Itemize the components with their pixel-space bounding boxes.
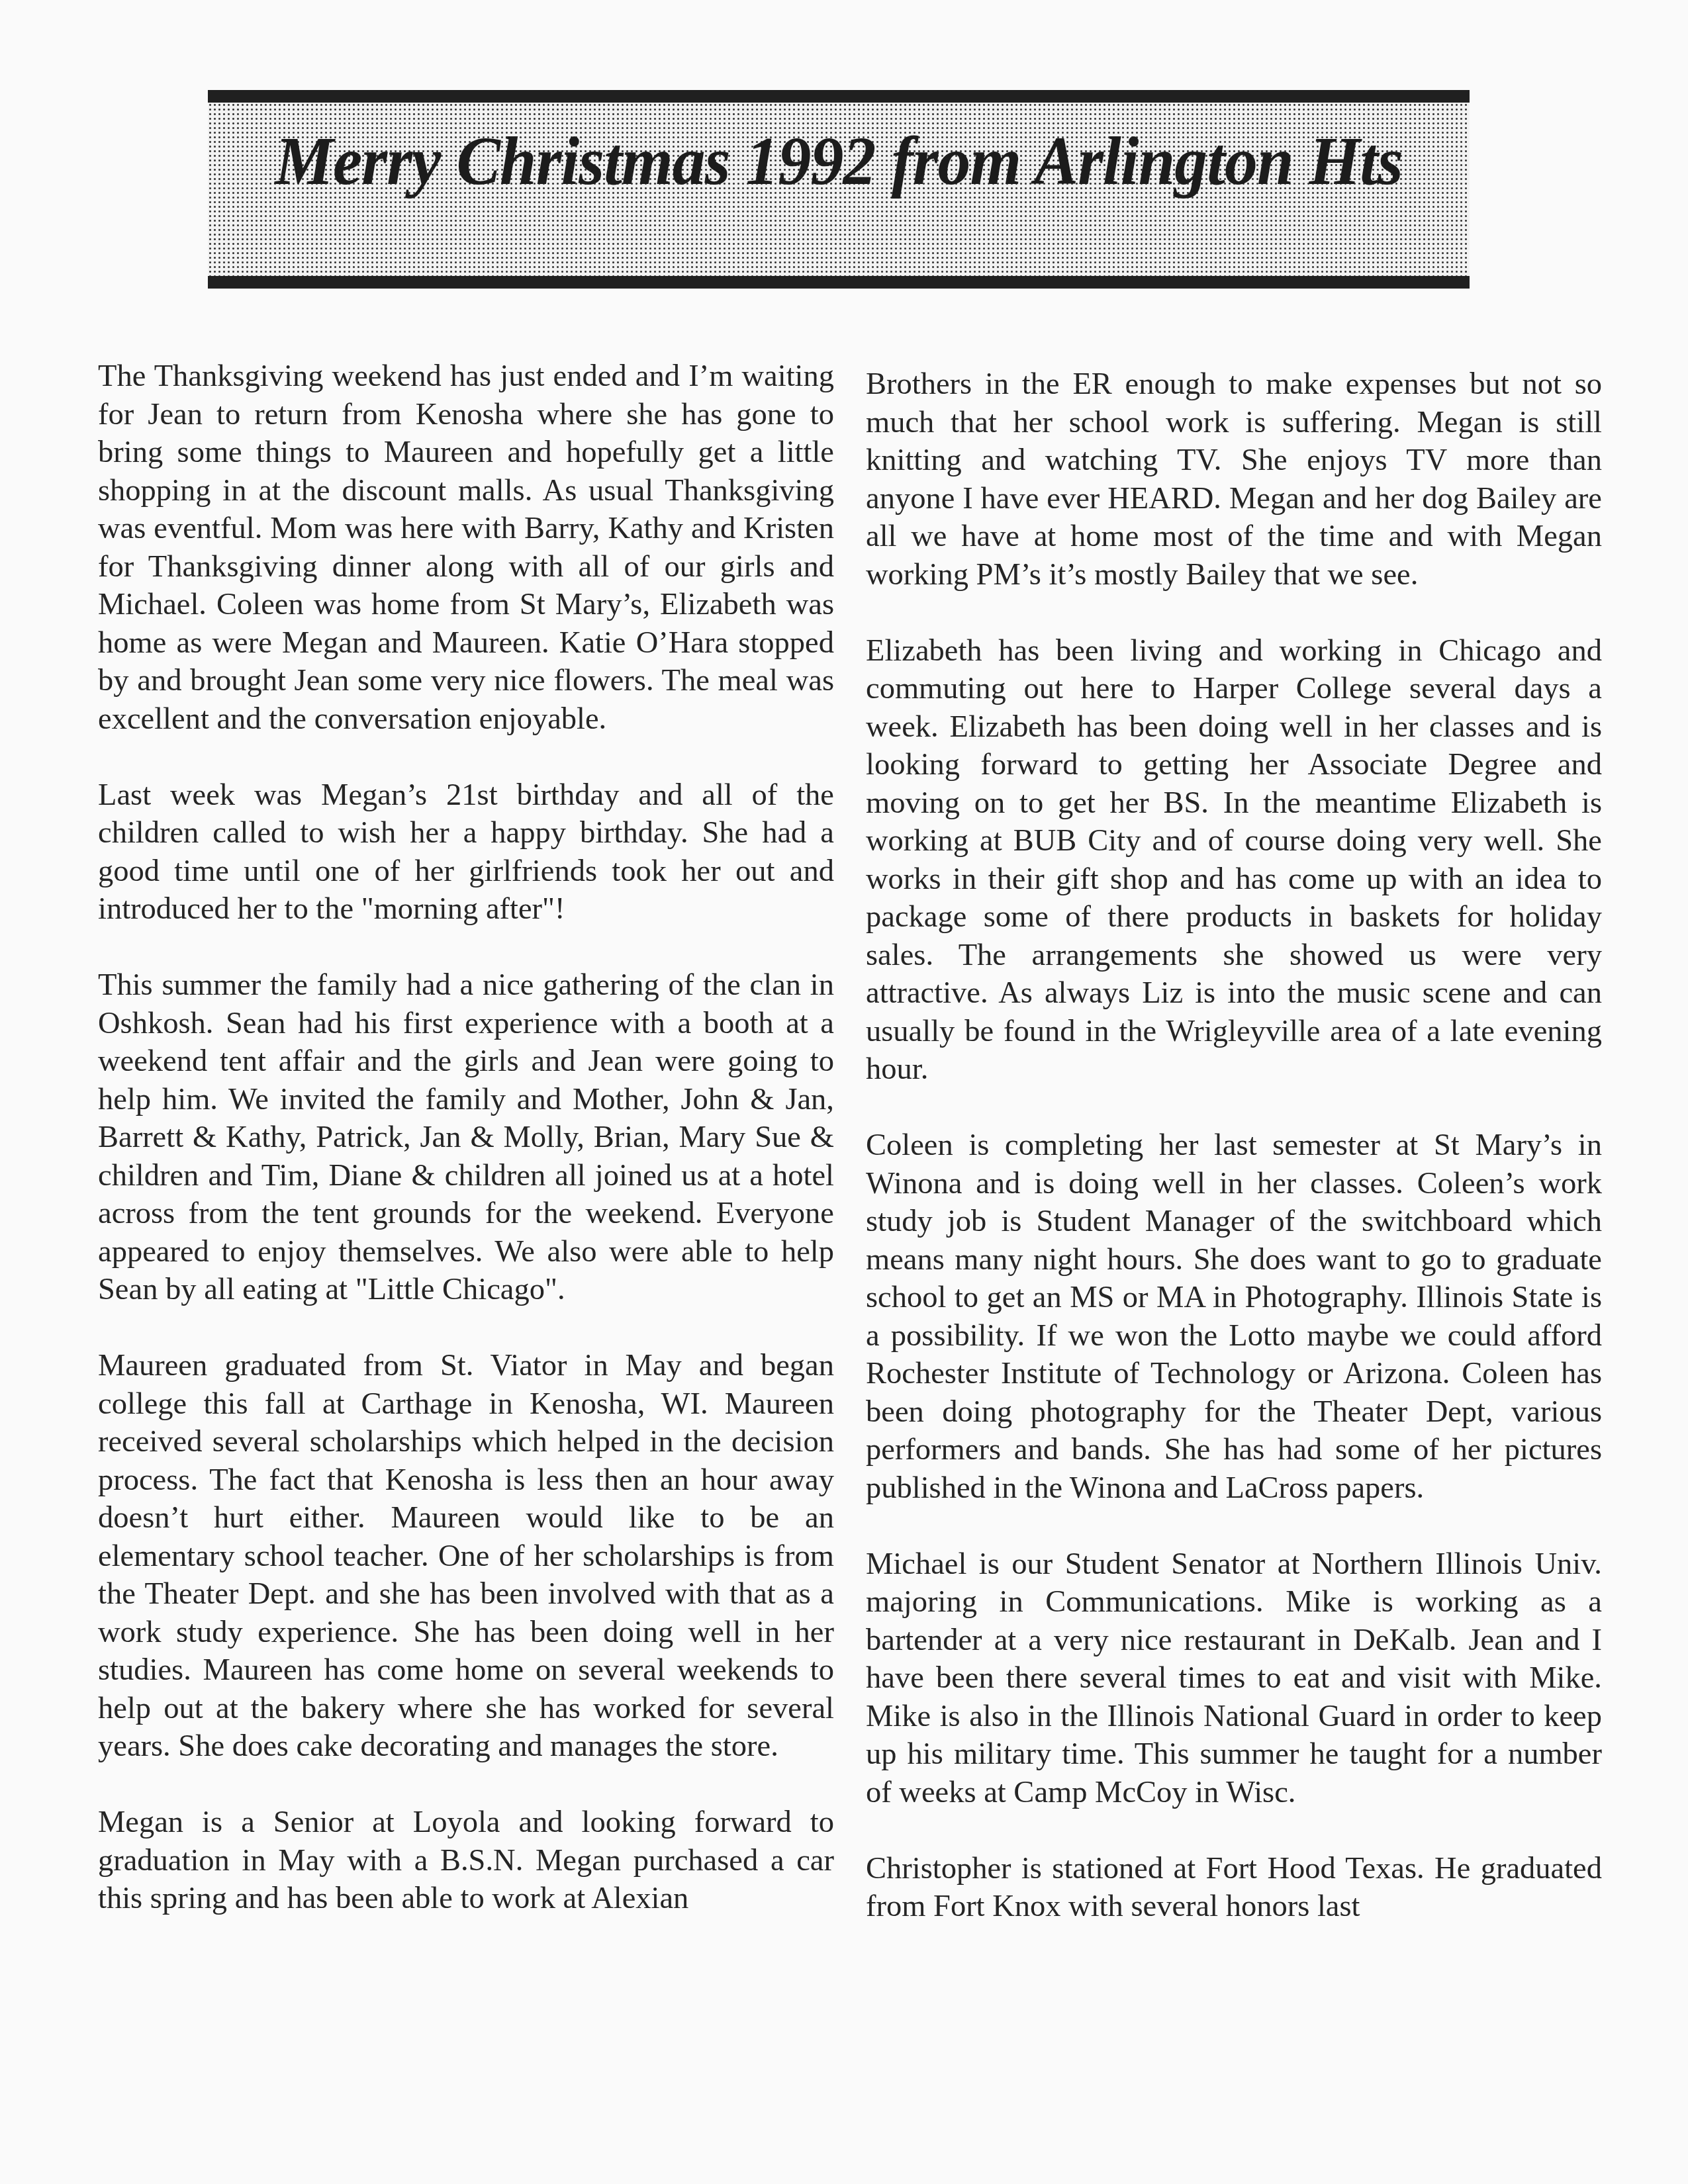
paragraph-coleen: Coleen is completing her last semester a…: [866, 1126, 1602, 1507]
right-column: Brothers in the ER enough to make expens…: [866, 365, 1602, 1926]
title-banner: Merry Christmas 1992 from Arlington Hts: [208, 90, 1470, 289]
page-title: Merry Christmas 1992 from Arlington Hts: [233, 122, 1444, 201]
paragraph-maureen: Maureen graduated from St. Viator in May…: [98, 1347, 834, 1766]
paragraph-megan-senior: Megan is a Senior at Loyola and looking …: [98, 1803, 834, 1918]
paragraph-michael: Michael is our Student Senator at Northe…: [866, 1545, 1602, 1812]
left-column: The Thanksgiving weekend has just ended …: [98, 357, 834, 1918]
paragraph-megan-birthday: Last week was Megan’s 21st birthday and …: [98, 776, 834, 929]
banner-bottom-rule: [208, 276, 1470, 289]
paragraph-summer-gathering: This summer the family had a nice gather…: [98, 966, 834, 1309]
banner-top-rule: [208, 90, 1470, 103]
paragraph-christopher: Christopher is stationed at Fort Hood Te…: [866, 1850, 1602, 1926]
paragraph-thanksgiving: The Thanksgiving weekend has just ended …: [98, 357, 834, 738]
paragraph-megan-continued: Brothers in the ER enough to make expens…: [866, 365, 1602, 594]
paragraph-elizabeth: Elizabeth has been living and working in…: [866, 632, 1602, 1089]
